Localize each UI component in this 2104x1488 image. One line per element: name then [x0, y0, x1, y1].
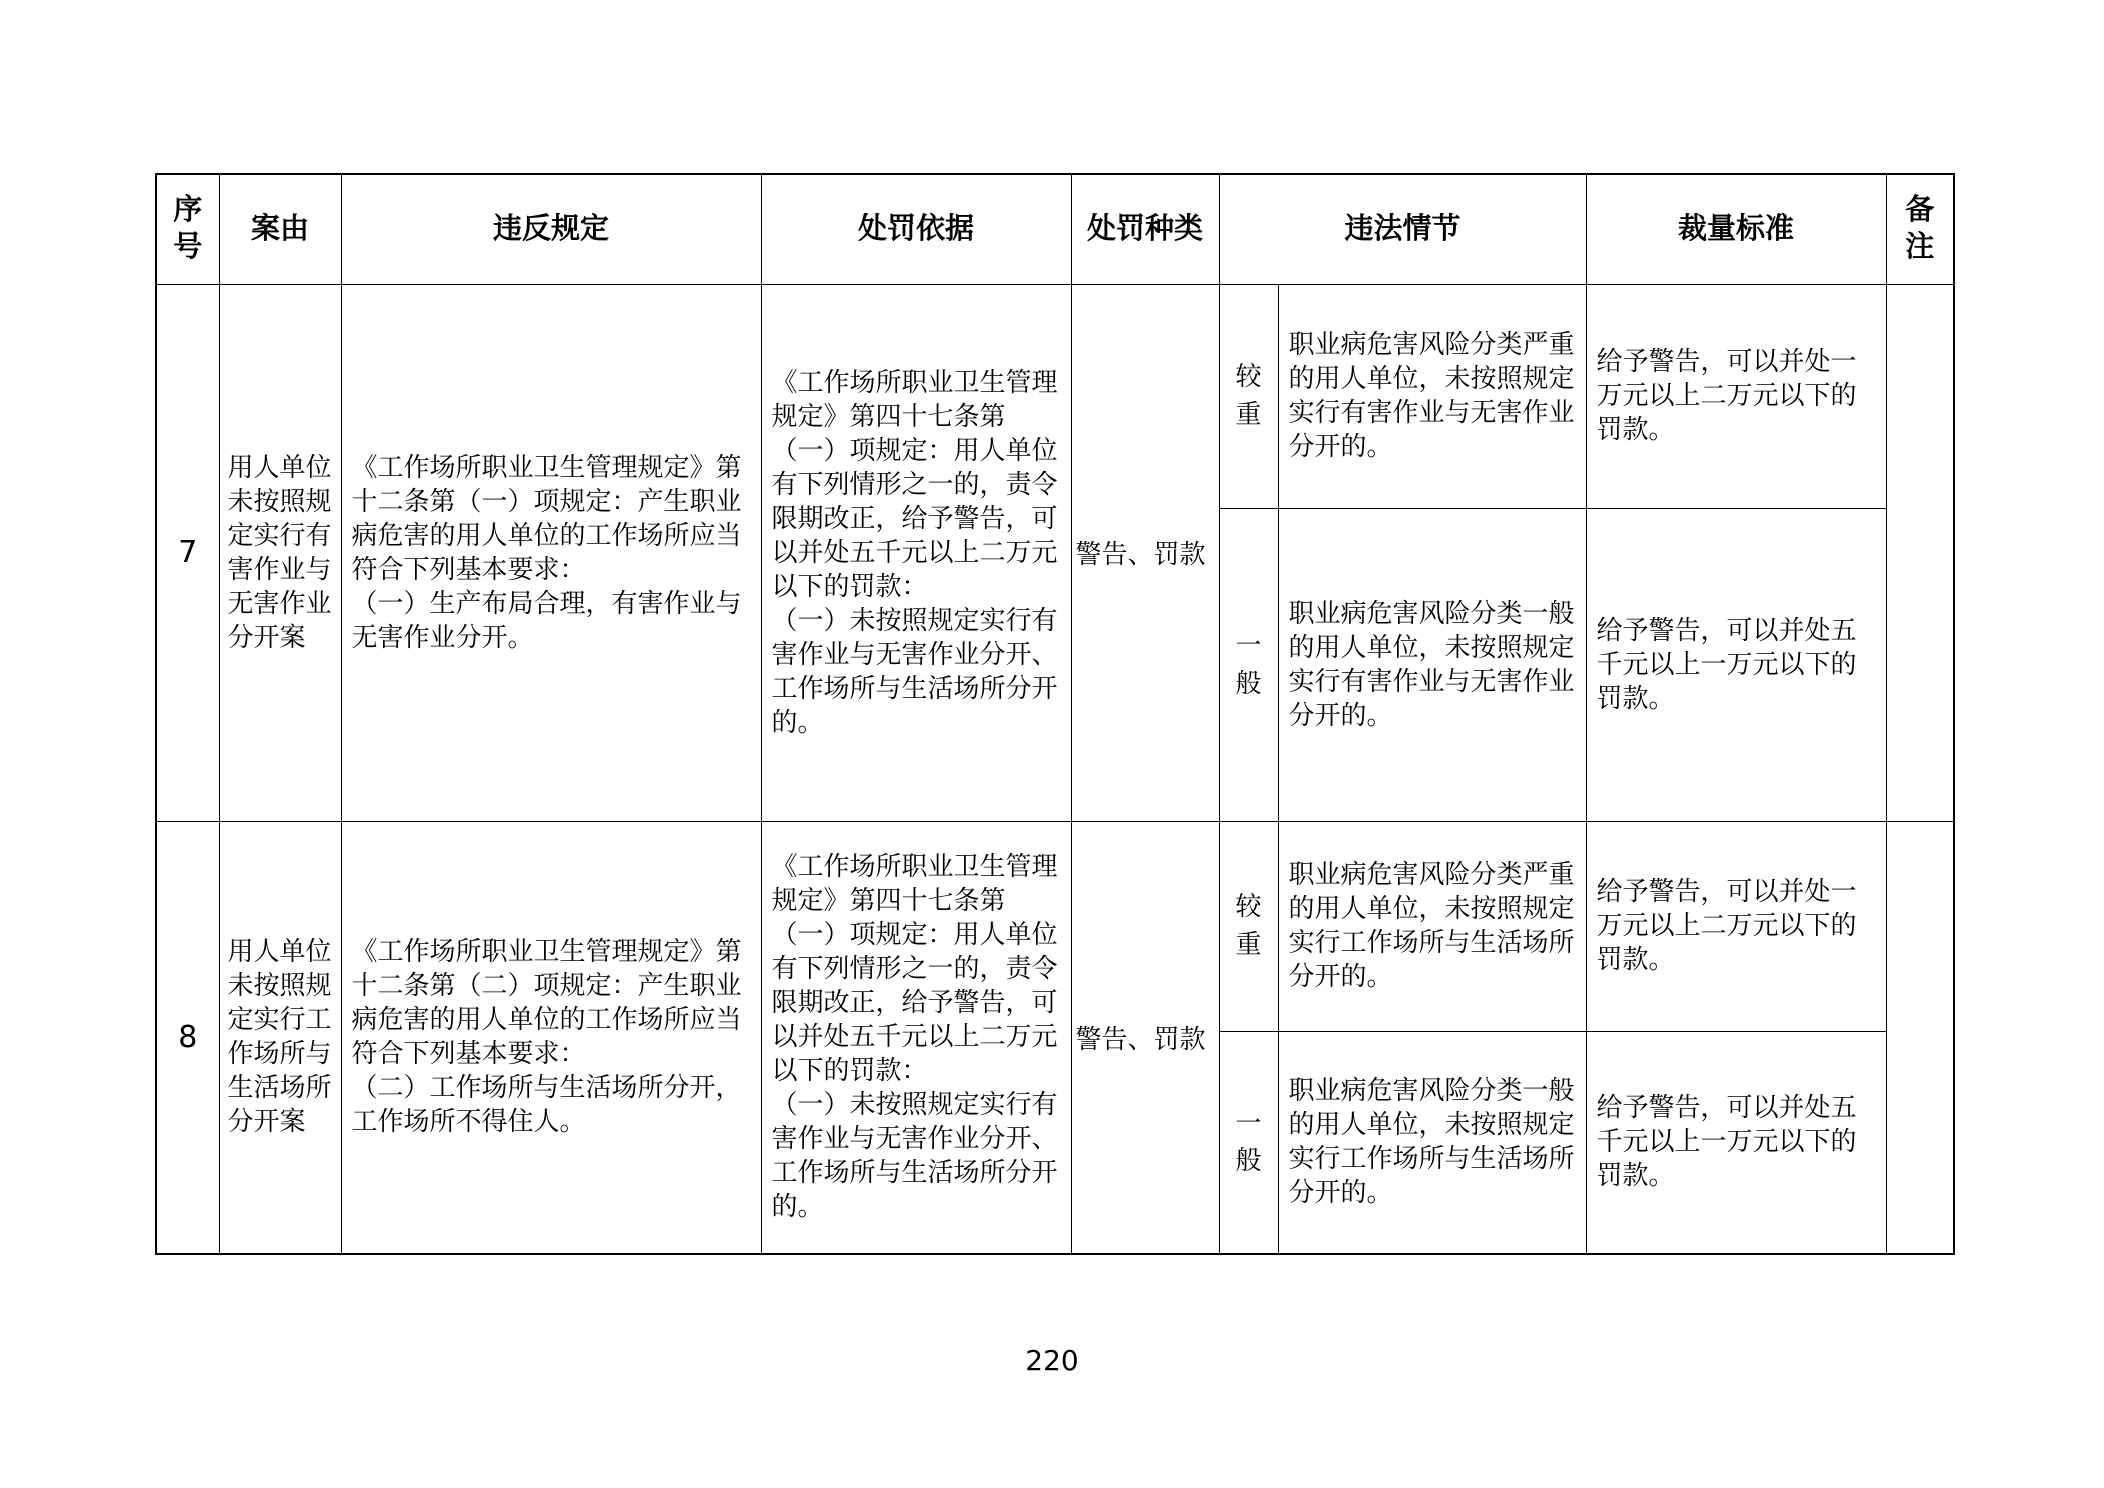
- row-8-circumstance-severe-cell: 职业病危害风险分类严重的用人单位，未按照规定实行工作场所与生活场所分开的。: [1278, 821, 1586, 1031]
- table-row-8-severe: 8 用人单位未按照规定实行工作场所与生活场所分开案 《工作场所职业卫生管理规定》…: [156, 821, 1954, 1031]
- header-basis-label: 处罚依据: [858, 213, 974, 245]
- row-7-penalty-type-cell: 警告、罚款: [1071, 284, 1219, 821]
- row-8-severity-general-label: 一般: [1234, 1105, 1264, 1180]
- row-8-severity-severe-cell: 较重: [1219, 821, 1278, 1031]
- row-8-remarks-cell: [1886, 821, 1954, 1254]
- row-7-severity-general-label: 一般: [1234, 627, 1264, 702]
- header-standard-label: 裁量标准: [1678, 213, 1794, 245]
- header-index: 序号: [156, 174, 219, 284]
- header-index-label: 序号: [171, 192, 204, 267]
- row-7-severity-severe-label: 较重: [1234, 358, 1264, 433]
- row-7-case-cell: 用人单位未按照规定实行有害作业与无害作业分开案: [219, 284, 341, 821]
- row-8-standard-general-cell: 给予警告，可以并处五千元以上一万元以下的罚款。: [1586, 1031, 1886, 1254]
- row-7-violation-cell: 《工作场所职业卫生管理规定》第十二条第（一）项规定：产生职业病危害的用人单位的工…: [341, 284, 761, 821]
- header-circumstances: 违法情节: [1219, 174, 1586, 284]
- row-7-circumstance-general-cell: 职业病危害风险分类一般的用人单位，未按照规定实行有害作业与无害作业分开的。: [1278, 508, 1586, 821]
- row-7-standard-general-cell: 给予警告，可以并处五千元以上一万元以下的罚款。: [1586, 508, 1886, 821]
- page-number: 220: [0, 1344, 2104, 1377]
- header-case: 案由: [219, 174, 341, 284]
- header-remarks: 备注: [1886, 174, 1954, 284]
- header-circumstances-label: 违法情节: [1345, 213, 1461, 245]
- table-row-7-severe: 7 用人单位未按照规定实行有害作业与无害作业分开案 《工作场所职业卫生管理规定》…: [156, 284, 1954, 508]
- row-8-standard-severe-cell: 给予警告，可以并处一万元以上二万元以下的罚款。: [1586, 821, 1886, 1031]
- row-8-severity-severe-label: 较重: [1234, 888, 1264, 963]
- header-penalty-type-label: 处罚种类: [1087, 213, 1203, 245]
- row-7-basis-cell: 《工作场所职业卫生管理规定》第四十七条第（一）项规定：用人单位有下列情形之一的，…: [761, 284, 1071, 821]
- row-8-violation-cell: 《工作场所职业卫生管理规定》第十二条第（二）项规定：产生职业病危害的用人单位的工…: [341, 821, 761, 1254]
- header-basis: 处罚依据: [761, 174, 1071, 284]
- header-row: 序号 案由 违反规定 处罚依据 处罚种类 违法情节 裁量标准 备注: [156, 174, 1954, 284]
- row-7-severity-general-cell: 一般: [1219, 508, 1278, 821]
- row-8-basis-cell: 《工作场所职业卫生管理规定》第四十七条第（一）项规定：用人单位有下列情形之一的，…: [761, 821, 1071, 1254]
- header-remarks-label: 备注: [1903, 192, 1936, 267]
- header-violation: 违反规定: [341, 174, 761, 284]
- row-7-remarks-cell: [1886, 284, 1954, 821]
- row-8-severity-general-cell: 一般: [1219, 1031, 1278, 1254]
- row-8-index-cell: 8: [156, 821, 219, 1254]
- row-8-penalty-type-cell: 警告、罚款: [1071, 821, 1219, 1254]
- header-violation-label: 违反规定: [493, 213, 609, 245]
- header-penalty-type: 处罚种类: [1071, 174, 1219, 284]
- row-7-index-cell: 7: [156, 284, 219, 821]
- document-page: 序号 案由 违反规定 处罚依据 处罚种类 违法情节 裁量标准 备注 7 用人单位…: [0, 0, 2104, 1488]
- row-8-case-cell: 用人单位未按照规定实行工作场所与生活场所分开案: [219, 821, 341, 1254]
- penalty-standards-table: 序号 案由 违反规定 处罚依据 处罚种类 违法情节 裁量标准 备注 7 用人单位…: [155, 173, 1955, 1255]
- header-case-label: 案由: [251, 213, 309, 245]
- row-7-severity-severe-cell: 较重: [1219, 284, 1278, 508]
- header-standard: 裁量标准: [1586, 174, 1886, 284]
- row-7-standard-severe-cell: 给予警告，可以并处一万元以上二万元以下的罚款。: [1586, 284, 1886, 508]
- row-7-circumstance-severe-cell: 职业病危害风险分类严重的用人单位，未按照规定实行有害作业与无害作业分开的。: [1278, 284, 1586, 508]
- row-8-circumstance-general-cell: 职业病危害风险分类一般的用人单位，未按照规定实行工作场所与生活场所分开的。: [1278, 1031, 1586, 1254]
